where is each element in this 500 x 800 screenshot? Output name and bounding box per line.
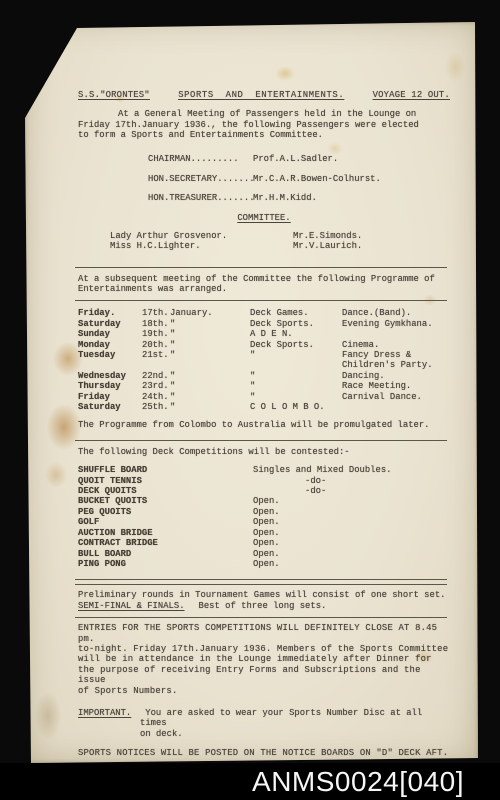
committee-member: Lady Arthur Grosvenor.	[110, 231, 293, 241]
competition-name: PING PONG	[78, 559, 253, 569]
preliminary-rule: Preliminary rounds in Tournament Games w…	[78, 590, 450, 600]
competition-entry: Open.	[253, 559, 450, 569]
month-cell: "	[170, 340, 250, 350]
competition-name: CONTRACT BRIDGE	[78, 538, 253, 548]
evening-cell: Dancing.	[342, 371, 450, 381]
daytime-cell: "	[250, 392, 342, 402]
evening-cell	[342, 402, 450, 412]
competition-row: GOLF Open.	[78, 517, 450, 527]
competition-entry: Open.	[253, 496, 450, 506]
date-cell: 25th.	[142, 402, 170, 412]
ship-name: S.S."ORONTES"	[78, 90, 150, 100]
competition-name: PEG QUOITS	[78, 507, 253, 517]
committee-member: Miss H.C.Lighter.	[110, 241, 293, 251]
officer-row: CHAIRMAN......... Prof.A.L.Sadler.	[148, 154, 450, 164]
competition-entry: Singles and Mixed Doubles.	[253, 465, 450, 475]
daytime-cell: "	[250, 371, 342, 381]
date-cell: 24th.	[142, 392, 170, 402]
finals-rule: SEMI-FINAL & FINALS.Best of three long s…	[78, 601, 450, 611]
photo-background: S.S."ORONTES" SPORTS AND ENTERTAINMENTS.…	[0, 0, 500, 800]
evening-cell: Carnival Dance.	[342, 392, 450, 402]
evening-cell: Fancy Dress & Children's Party.	[342, 350, 450, 371]
voyage-number: VOYAGE 12 OUT.	[373, 90, 450, 100]
programme-note: The Programme from Colombo to Australia …	[78, 420, 450, 430]
competition-entry: Open.	[253, 528, 450, 538]
day-cell: Friday	[78, 392, 142, 402]
day-cell: Sunday	[78, 329, 142, 339]
evening-cell: Race Meeting.	[342, 381, 450, 391]
daytime-cell: Deck Sports.	[250, 340, 342, 350]
officer-name: Mr.C.A.R.Bowen-Colhurst.	[253, 174, 381, 184]
month-cell: "	[170, 350, 250, 371]
month-cell: January.	[170, 308, 250, 318]
divider	[75, 267, 447, 268]
programme-intro: At a subsequent meeting of the Committee…	[78, 274, 450, 295]
document-title: SPORTS AND ENTERTAINMENTS.	[178, 90, 344, 100]
competition-entry: Open.	[253, 549, 450, 559]
competition-name: DECK QUOITS	[78, 486, 253, 496]
evening-cell: Dance.(Band).	[342, 308, 450, 318]
officers-list: CHAIRMAN......... Prof.A.L.Sadler. HON.S…	[148, 154, 450, 204]
competition-entry: Open.	[253, 538, 450, 548]
programme-row: Saturday 25th. " C O L O M B O.	[78, 402, 450, 412]
day-cell: Saturday	[78, 402, 142, 412]
document-content: S.S."ORONTES" SPORTS AND ENTERTAINMENTS.…	[78, 90, 450, 783]
notices-line: SPORTS NOTICES WILL BE POSTED ON THE NOT…	[78, 748, 450, 758]
month-cell: "	[170, 371, 250, 381]
month-cell: "	[170, 381, 250, 391]
day-cell: Friday.	[78, 308, 142, 318]
date-cell: 21st.	[142, 350, 170, 371]
programme-row: Sunday 19th. " A D E N.	[78, 329, 450, 339]
competition-row: DECK QUOITS -do-	[78, 486, 450, 496]
officer-name: Mr.H.M.Kidd.	[253, 193, 317, 203]
officer-row: HON.SECRETARY....... Mr.C.A.R.Bowen-Colh…	[148, 174, 450, 184]
programme-table: Friday. 17th. January. Deck Games. Dance…	[78, 308, 450, 412]
date-cell: 22nd.	[142, 371, 170, 381]
programme-row: Saturday 18th. " Deck Sports. Evening Gy…	[78, 319, 450, 329]
intro-paragraph: At a General Meeting of Passengers held …	[78, 109, 450, 140]
stain	[47, 404, 81, 450]
officer-name: Prof.A.L.Sadler.	[253, 154, 338, 164]
programme-row: Tuesday 21st. " " Fancy Dress & Children…	[78, 350, 450, 371]
evening-cell: Evening Gymkhana.	[342, 319, 450, 329]
competition-name: SHUFFLE BOARD	[78, 465, 253, 475]
entries-notice: ENTRIES FOR THE SPORTS COMPETITIONS WILL…	[78, 623, 450, 696]
committee-member: Mr.V.Laurich.	[293, 241, 450, 251]
finals-text: Best of three long sets.	[199, 601, 327, 611]
finals-label: SEMI-FINAL & FINALS.	[78, 601, 185, 611]
month-cell: "	[170, 392, 250, 402]
competition-entry: Open.	[253, 507, 450, 517]
competition-row: BULL BOARD Open.	[78, 549, 450, 559]
competition-row: BUCKET QUOITS Open.	[78, 496, 450, 506]
daytime-cell: "	[250, 381, 342, 391]
important-text: You are asked to wear your Sports Number…	[140, 708, 422, 739]
programme-row: Wednesday 22nd. " " Dancing.	[78, 371, 450, 381]
date-cell: 20th.	[142, 340, 170, 350]
catalog-bar: ANMS0024[040]	[0, 763, 500, 800]
day-cell: Thursday	[78, 381, 142, 391]
stain	[45, 462, 67, 488]
date-cell: 17th.	[142, 308, 170, 318]
daytime-cell: Deck Games.	[250, 308, 342, 318]
month-cell: "	[170, 329, 250, 339]
month-cell: "	[170, 319, 250, 329]
competition-name: BULL BOARD	[78, 549, 253, 559]
competition-name: QUOIT TENNIS	[78, 476, 253, 486]
month-cell: "	[170, 402, 250, 412]
day-cell: Saturday	[78, 319, 142, 329]
catalog-label: ANMS0024[040]	[252, 766, 464, 798]
date-cell: 23rd.	[142, 381, 170, 391]
divider	[75, 617, 447, 618]
officer-row: HON.TREASURER....... Mr.H.M.Kidd.	[148, 193, 450, 203]
double-divider	[75, 579, 447, 585]
competition-name: AUCTION BRIDGE	[78, 528, 253, 538]
committee-heading: COMMITTEE.	[78, 213, 450, 223]
competition-entry: Open.	[253, 517, 450, 527]
programme-row: Friday. 17th. January. Deck Games. Dance…	[78, 308, 450, 318]
officer-role: HON.TREASURER.......	[148, 193, 253, 203]
day-cell: Tuesday	[78, 350, 142, 371]
officer-role: HON.SECRETARY.......	[148, 174, 253, 184]
date-cell: 18th.	[142, 319, 170, 329]
competition-row: AUCTION BRIDGE Open.	[78, 528, 450, 538]
divider	[75, 300, 447, 301]
competition-row: QUOIT TENNIS -do-	[78, 476, 450, 486]
competition-row: CONTRACT BRIDGE Open.	[78, 538, 450, 548]
competition-entry: -do-	[253, 476, 450, 486]
programme-row: Monday 20th. " Deck Sports. Cinema.	[78, 340, 450, 350]
important-label: IMPORTANT.	[78, 708, 131, 718]
competition-row: PING PONG Open.	[78, 559, 450, 569]
competition-entry: -do-	[253, 486, 450, 496]
evening-cell	[342, 329, 450, 339]
divider	[75, 440, 447, 441]
document-header: S.S."ORONTES" SPORTS AND ENTERTAINMENTS.…	[78, 90, 450, 100]
daytime-cell: C O L O M B O.	[250, 402, 342, 412]
competition-row: SHUFFLE BOARD Singles and Mixed Doubles.	[78, 465, 450, 475]
rules-section: Preliminary rounds in Tournament Games w…	[78, 590, 450, 611]
competitions-intro: The following Deck Competitions will be …	[78, 447, 450, 457]
officer-role: CHAIRMAN.........	[148, 154, 253, 164]
stain	[445, 52, 465, 82]
important-note: IMPORTANT.You are asked to wear your Spo…	[78, 708, 450, 739]
paper-document: S.S."ORONTES" SPORTS AND ENTERTAINMENTS.…	[25, 22, 478, 763]
committee-members: Lady Arthur Grosvenor.Mr.E.Simonds.Miss …	[110, 231, 450, 252]
daytime-cell: Deck Sports.	[250, 319, 342, 329]
daytime-cell: A D E N.	[250, 329, 342, 339]
competition-name: BUCKET QUOITS	[78, 496, 253, 506]
programme-row: Friday 24th. " " Carnival Dance.	[78, 392, 450, 402]
day-cell: Monday	[78, 340, 142, 350]
stain	[35, 692, 61, 740]
evening-cell: Cinema.	[342, 340, 450, 350]
committee-member: Mr.E.Simonds.	[293, 231, 450, 241]
stain	[275, 66, 295, 81]
day-cell: Wednesday	[78, 371, 142, 381]
programme-row: Thursday 23rd. " " Race Meeting.	[78, 381, 450, 391]
competitions-list: SHUFFLE BOARD Singles and Mixed Doubles.…	[78, 465, 450, 569]
competition-name: GOLF	[78, 517, 253, 527]
daytime-cell: "	[250, 350, 342, 371]
date-cell: 19th.	[142, 329, 170, 339]
competition-row: PEG QUOITS Open.	[78, 507, 450, 517]
